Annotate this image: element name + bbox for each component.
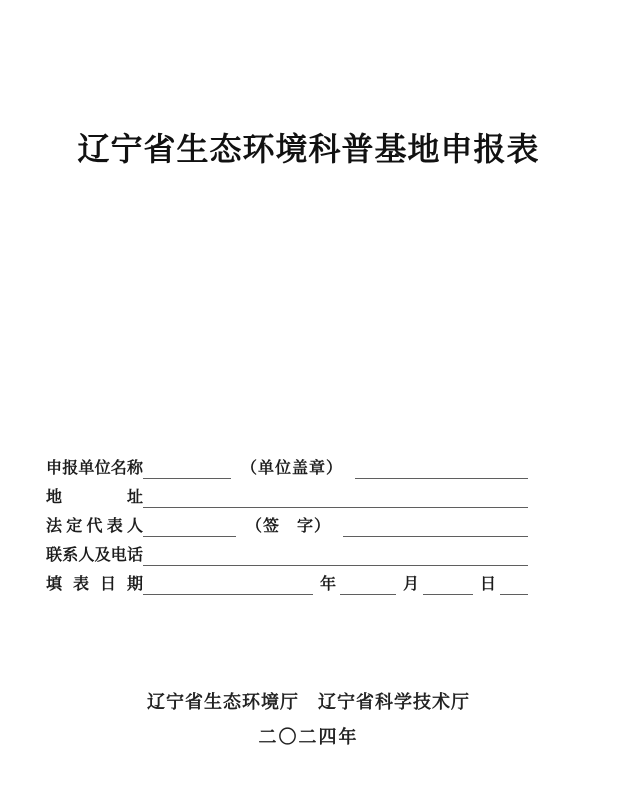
signature-blank — [343, 516, 528, 537]
page-title: 辽宁省生态环境科普基地申报表 — [0, 124, 617, 170]
day-unit-label: 日 — [480, 574, 496, 595]
issuing-agencies: 辽宁省生态环境厅 辽宁省科学技术厅 — [0, 688, 617, 714]
application-form-cover-page: 辽宁省生态环境科普基地申报表 申报单位名称 （单位盖章） 地址 法定代表人 （签… — [0, 0, 617, 805]
contact-blank — [143, 545, 528, 566]
day-blank — [500, 574, 528, 595]
unit-name-blank — [143, 458, 231, 479]
fill-date-blank — [143, 574, 313, 595]
unit-seal-blank — [355, 458, 528, 479]
application-fields: 申报单位名称 （单位盖章） 地址 法定代表人 （签 字） 联系人及电话 填表日期… — [46, 450, 528, 595]
unit-seal-note: （单位盖章） — [241, 458, 343, 479]
contact-label: 联系人及电话 — [46, 545, 143, 566]
field-row-contact: 联系人及电话 — [46, 537, 528, 566]
fill-date-label: 填表日期 — [46, 574, 143, 595]
issue-year: 二〇二四年 — [0, 723, 617, 749]
address-blank — [143, 487, 528, 508]
month-blank — [423, 574, 473, 595]
year-unit-label: 年 — [320, 574, 336, 595]
legal-rep-blank — [143, 516, 236, 537]
field-row-fill-date: 填表日期 年 月 日 — [46, 566, 528, 595]
signature-note: （签 字） — [246, 516, 331, 537]
document-footer: 辽宁省生态环境厅 辽宁省科学技术厅 二〇二四年 — [0, 688, 617, 749]
field-row-legal-rep: 法定代表人 （签 字） — [46, 508, 528, 537]
month-unit-label: 月 — [403, 574, 419, 595]
field-row-unit-name: 申报单位名称 （单位盖章） — [46, 450, 528, 479]
address-label: 地址 — [46, 487, 143, 508]
legal-rep-label: 法定代表人 — [46, 516, 143, 537]
unit-name-label: 申报单位名称 — [46, 458, 143, 479]
year-blank — [340, 574, 396, 595]
field-row-address: 地址 — [46, 479, 528, 508]
